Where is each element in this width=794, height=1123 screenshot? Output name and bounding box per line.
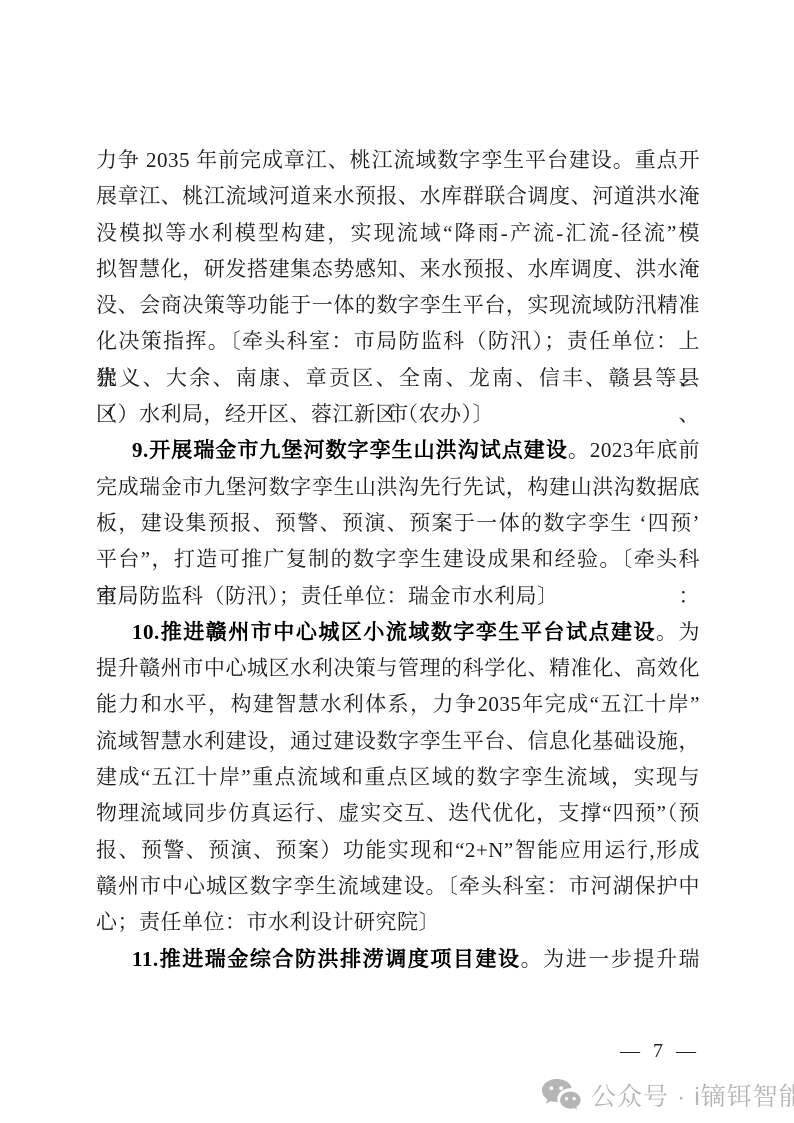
text-run: 物理流域同步仿真运行、虚实交互、迭代优化，支撑“四预”（预 xyxy=(96,801,700,825)
watermark: 公众号 · i镝铒智能 xyxy=(541,1077,794,1113)
text-line: 报、预警、预演、预案）功能实现和“2+N”智能应用运行,形成 xyxy=(96,832,700,868)
text-line: 展章江、桃江流域河道来水预报、水库群联合调度、河道洪水淹 xyxy=(96,178,700,214)
text-line: 心；责任单位：市水利设计研究院〕 xyxy=(96,904,700,940)
text-line: 10.推进赣州市中心城区小流域数字孪生平台试点建设。为 xyxy=(96,614,700,650)
text-line: 完成瑞金市九堡河数字孪生山洪沟先行先试，构建山洪沟数据底 xyxy=(96,469,700,505)
text-run: 市局防监科（防汛）；责任单位：瑞金市水利局〕 xyxy=(96,584,559,608)
text-line: 崇义、大余、南康、章贡区、全南、龙南、信丰、赣县等县（市、 xyxy=(96,360,700,396)
text-line: 9.开展瑞金市九堡河数字孪生山洪沟试点建设。2023年底前 xyxy=(96,432,700,468)
text-run: 拟智慧化，研发搭建集态势感知、来水预报、水库调度、洪水淹 xyxy=(96,257,700,281)
text-line: 力争 2035 年前完成章江、桃江流域数字孪生平台建设。重点开 xyxy=(96,142,700,178)
heading-run: 10.推进赣州市中心城区小流域数字孪生平台试点建设 xyxy=(132,620,656,644)
text-line: 提升赣州市中心城区水利决策与管理的科学化、精准化、高效化 xyxy=(96,650,700,686)
text-run: 。为 xyxy=(656,620,700,644)
text-line: 赣州市中心城区数字孪生流域建设。〔牵头科室：市河湖保护中 xyxy=(96,868,700,904)
text-line: 平台”，打造可推广复制的数字孪生建设成果和经验。〔牵头科室： xyxy=(96,541,700,577)
text-run: 赣州市中心城区数字孪生流域建设。〔牵头科室：市河湖保护中 xyxy=(96,874,700,898)
text-run: 板，建设集预报、预警、预演、预案于一体的数字孪生 ‘四预’ xyxy=(96,511,700,535)
text-line: 11.推进瑞金综合防洪排涝调度项目建设。为进一步提升瑞 xyxy=(96,941,700,977)
text-run: 报、预警、预演、预案）功能实现和“2+N”智能应用运行,形成 xyxy=(96,838,700,862)
wechat-icon xyxy=(541,1078,582,1112)
text-run: 展章江、桃江流域河道来水预报、水库群联合调度、河道洪水淹 xyxy=(96,184,700,208)
text-run: 。为进一步提升瑞 xyxy=(521,947,700,971)
text-line: 板，建设集预报、预警、预演、预案于一体的数字孪生 ‘四预’ xyxy=(96,505,700,541)
text-line: 拟智慧化，研发搭建集态势感知、来水预报、水库调度、洪水淹 xyxy=(96,251,700,287)
text-run: 力争 2035 年前完成章江、桃江流域数字孪生平台建设。重点开 xyxy=(96,148,700,172)
text-run: 流域智慧水利建设，通过建设数字孪生平台、信息化基础设施， xyxy=(96,729,700,753)
watermark-text: 公众号 · i镝铒智能 xyxy=(591,1077,794,1113)
heading-run: 11.推进瑞金综合防洪排涝调度项目建设 xyxy=(132,947,521,971)
text-line: 物理流域同步仿真运行、虚实交互、迭代优化，支撑“四预”（预 xyxy=(96,795,700,831)
page-number: — 7 — xyxy=(608,1040,708,1063)
text-run: 区）水利局，经开区、蓉江新区（农办）〕 xyxy=(96,402,494,426)
text-line: 建成“五江十岸”重点流域和重点区域的数字孪生流域，实现与 xyxy=(96,759,700,795)
text-line: 流域智慧水利建设，通过建设数字孪生平台、信息化基础设施， xyxy=(96,723,700,759)
document-page: 力争 2035 年前完成章江、桃江流域数字孪生平台建设。重点开展章江、桃江流域河… xyxy=(0,0,794,1123)
text-line: 化决策指挥。〔牵头科室：市局防监科（防汛）；责任单位：上犹、 xyxy=(96,323,700,359)
text-run: 能力和水平，构建智慧水利体系，力争2035年完成“五江十岸” xyxy=(96,692,700,716)
document-body: 力争 2035 年前完成章江、桃江流域数字孪生平台建设。重点开展章江、桃江流域河… xyxy=(96,142,700,977)
text-run: 建成“五江十岸”重点流域和重点区域的数字孪生流域，实现与 xyxy=(96,765,700,789)
text-run: 没模拟等水利模型构建，实现流域“降雨-产流-汇流-径流”模 xyxy=(96,221,700,245)
text-run: 没、会商决策等功能于一体的数字孪生平台，实现流域防汛精准 xyxy=(96,293,700,317)
text-run: 提升赣州市中心城区水利决策与管理的科学化、精准化、高效化 xyxy=(96,656,700,680)
text-run: 。2023年底前 xyxy=(568,438,700,462)
heading-run: 9.开展瑞金市九堡河数字孪生山洪沟试点建设 xyxy=(132,438,568,462)
text-line: 没、会商决策等功能于一体的数字孪生平台，实现流域防汛精准 xyxy=(96,287,700,323)
text-line: 能力和水平，构建智慧水利体系，力争2035年完成“五江十岸” xyxy=(96,686,700,722)
text-run: 心；责任单位：市水利设计研究院〕 xyxy=(96,910,440,934)
text-line: 没模拟等水利模型构建，实现流域“降雨-产流-汇流-径流”模 xyxy=(96,215,700,251)
text-run: 完成瑞金市九堡河数字孪生山洪沟先行先试，构建山洪沟数据底 xyxy=(96,475,700,499)
